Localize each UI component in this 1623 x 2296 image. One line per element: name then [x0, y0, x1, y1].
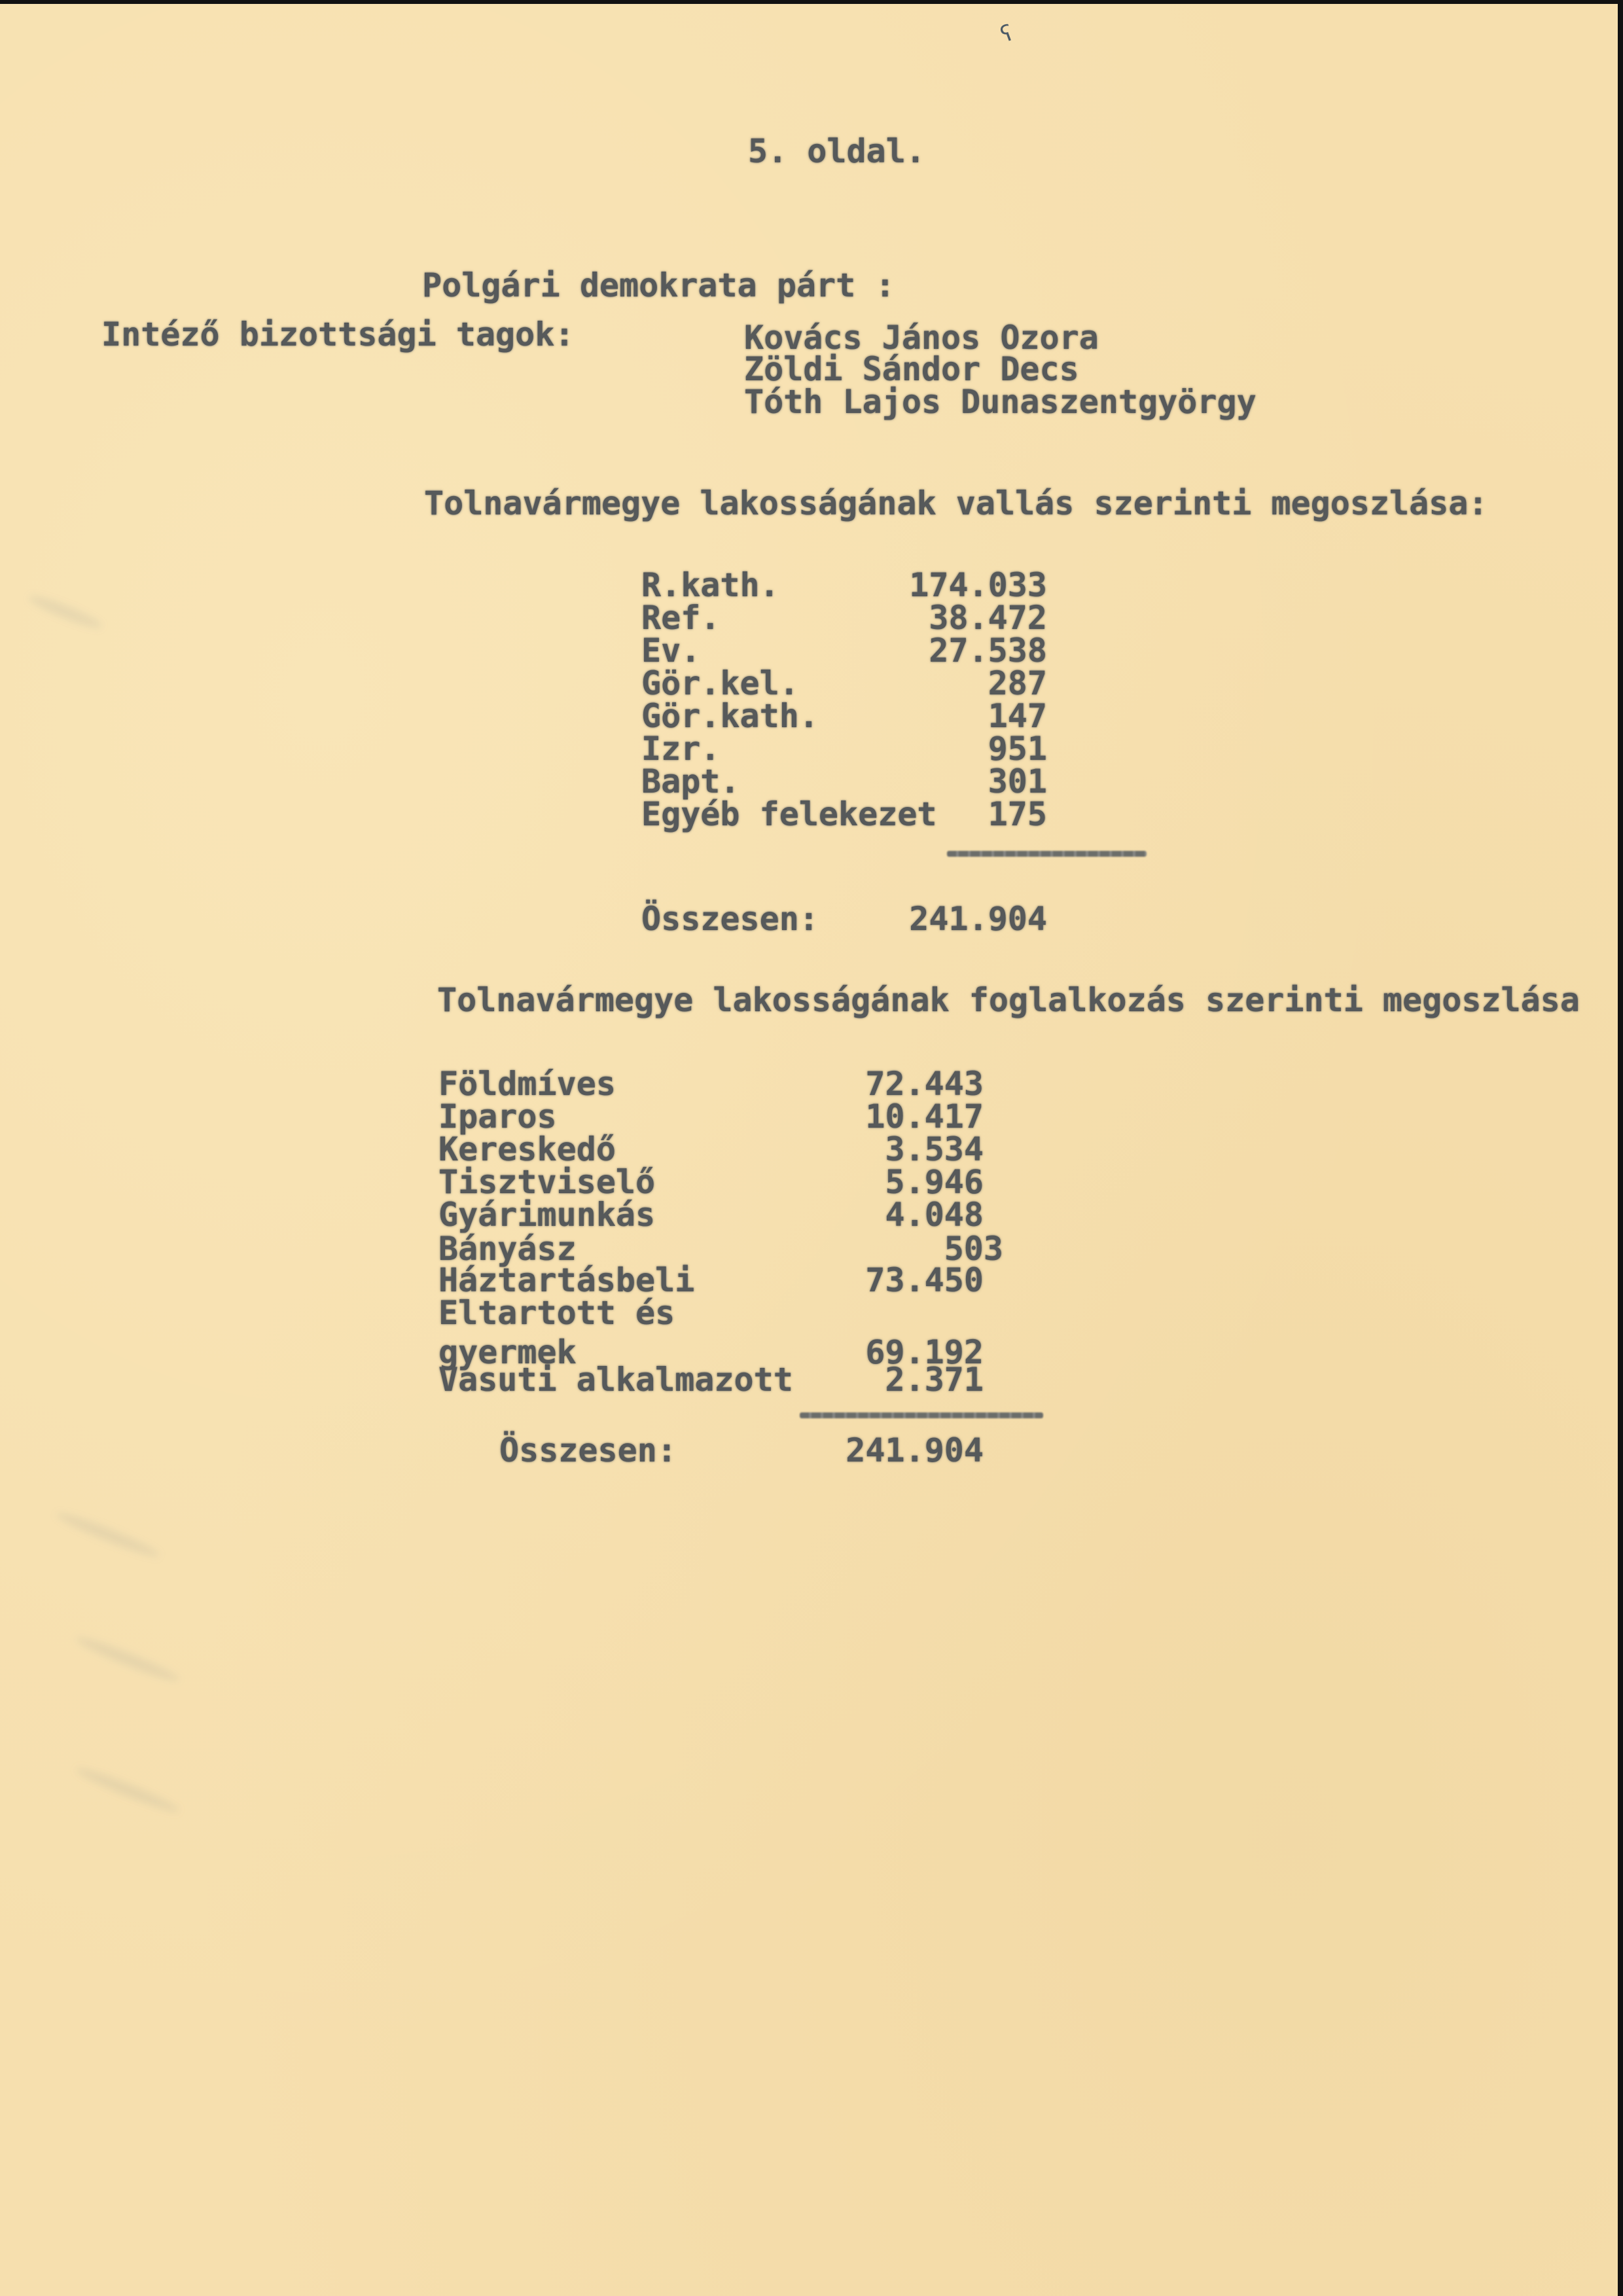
ink-mark: ʕ [997, 20, 1017, 48]
occupation-total-value: 241.904 [785, 1434, 984, 1467]
religion-value: 175 [838, 798, 1047, 831]
occupation-total-label: Összesen: [499, 1434, 677, 1467]
religion-value: 147 [838, 700, 1047, 733]
occupation-label: Eltartott és [438, 1297, 675, 1330]
occupation-value: 5.946 [785, 1166, 984, 1199]
religion-value: 951 [838, 732, 1047, 766]
paper-smudge [27, 592, 104, 632]
religion-label: R.kath. [641, 569, 779, 602]
religion-value: 287 [838, 667, 1047, 700]
occupation-value: 10.417 [785, 1100, 984, 1134]
committee-member: Tóth Lajos Dunaszentgyörgy [744, 386, 1257, 419]
religion-value: 301 [838, 765, 1047, 798]
occupation-value: 72.443 [785, 1067, 984, 1101]
religion-label: Ref. [641, 601, 720, 635]
paper-smudge [74, 1633, 181, 1685]
committee-member: Zöldi Sándor Decs [744, 353, 1079, 386]
occupation-label: Háztartásbeli [438, 1264, 694, 1297]
occupation-value: 4.048 [785, 1198, 984, 1232]
party-heading: Polgári demokrata párt : [422, 269, 895, 302]
paper-smudge [74, 1764, 181, 1816]
occupation-value: 3.534 [785, 1133, 984, 1166]
occupation-label: Tisztviselő [438, 1166, 655, 1199]
religion-value: 174.033 [838, 569, 1047, 602]
occupation-label: Kereskedő [438, 1133, 616, 1166]
religion-value: 27.538 [838, 634, 1047, 668]
religion-label: Ev. [641, 634, 700, 668]
religion-table-title: Tolnavármegye lakosságának vallás szerin… [424, 487, 1488, 520]
sum-divider [947, 851, 1147, 857]
occupation-value: 2.371 [785, 1363, 984, 1397]
occupation-label: Iparos [438, 1100, 557, 1134]
religion-total-value: 241.904 [838, 903, 1047, 936]
document-page: ʕ 5. oldal. Polgári demokrata párt : Int… [0, 4, 1618, 2296]
occupation-label: Gyárimunkás [438, 1198, 655, 1232]
committee-label: Intéző bizottsági tagok: [101, 318, 574, 351]
religion-label: Izr. [641, 732, 720, 766]
occupation-value: 73.450 [785, 1264, 984, 1297]
religion-label: Gör.kel. [641, 667, 799, 700]
religion-label: Gör.kath. [641, 700, 819, 733]
page-number: 5. oldal. [748, 135, 925, 168]
occupation-table-title: Tolnavármegye lakosságának foglalkozás s… [437, 984, 1580, 1017]
religion-total-label: Összesen: [641, 903, 819, 936]
sum-divider [800, 1412, 1043, 1418]
religion-label: Bapt. [641, 765, 740, 798]
occupation-label: Vasuti alkalmazott [438, 1363, 793, 1397]
occupation-label: Földmíves [438, 1067, 616, 1101]
religion-value: 38.472 [838, 601, 1047, 635]
paper-smudge [54, 1509, 162, 1561]
